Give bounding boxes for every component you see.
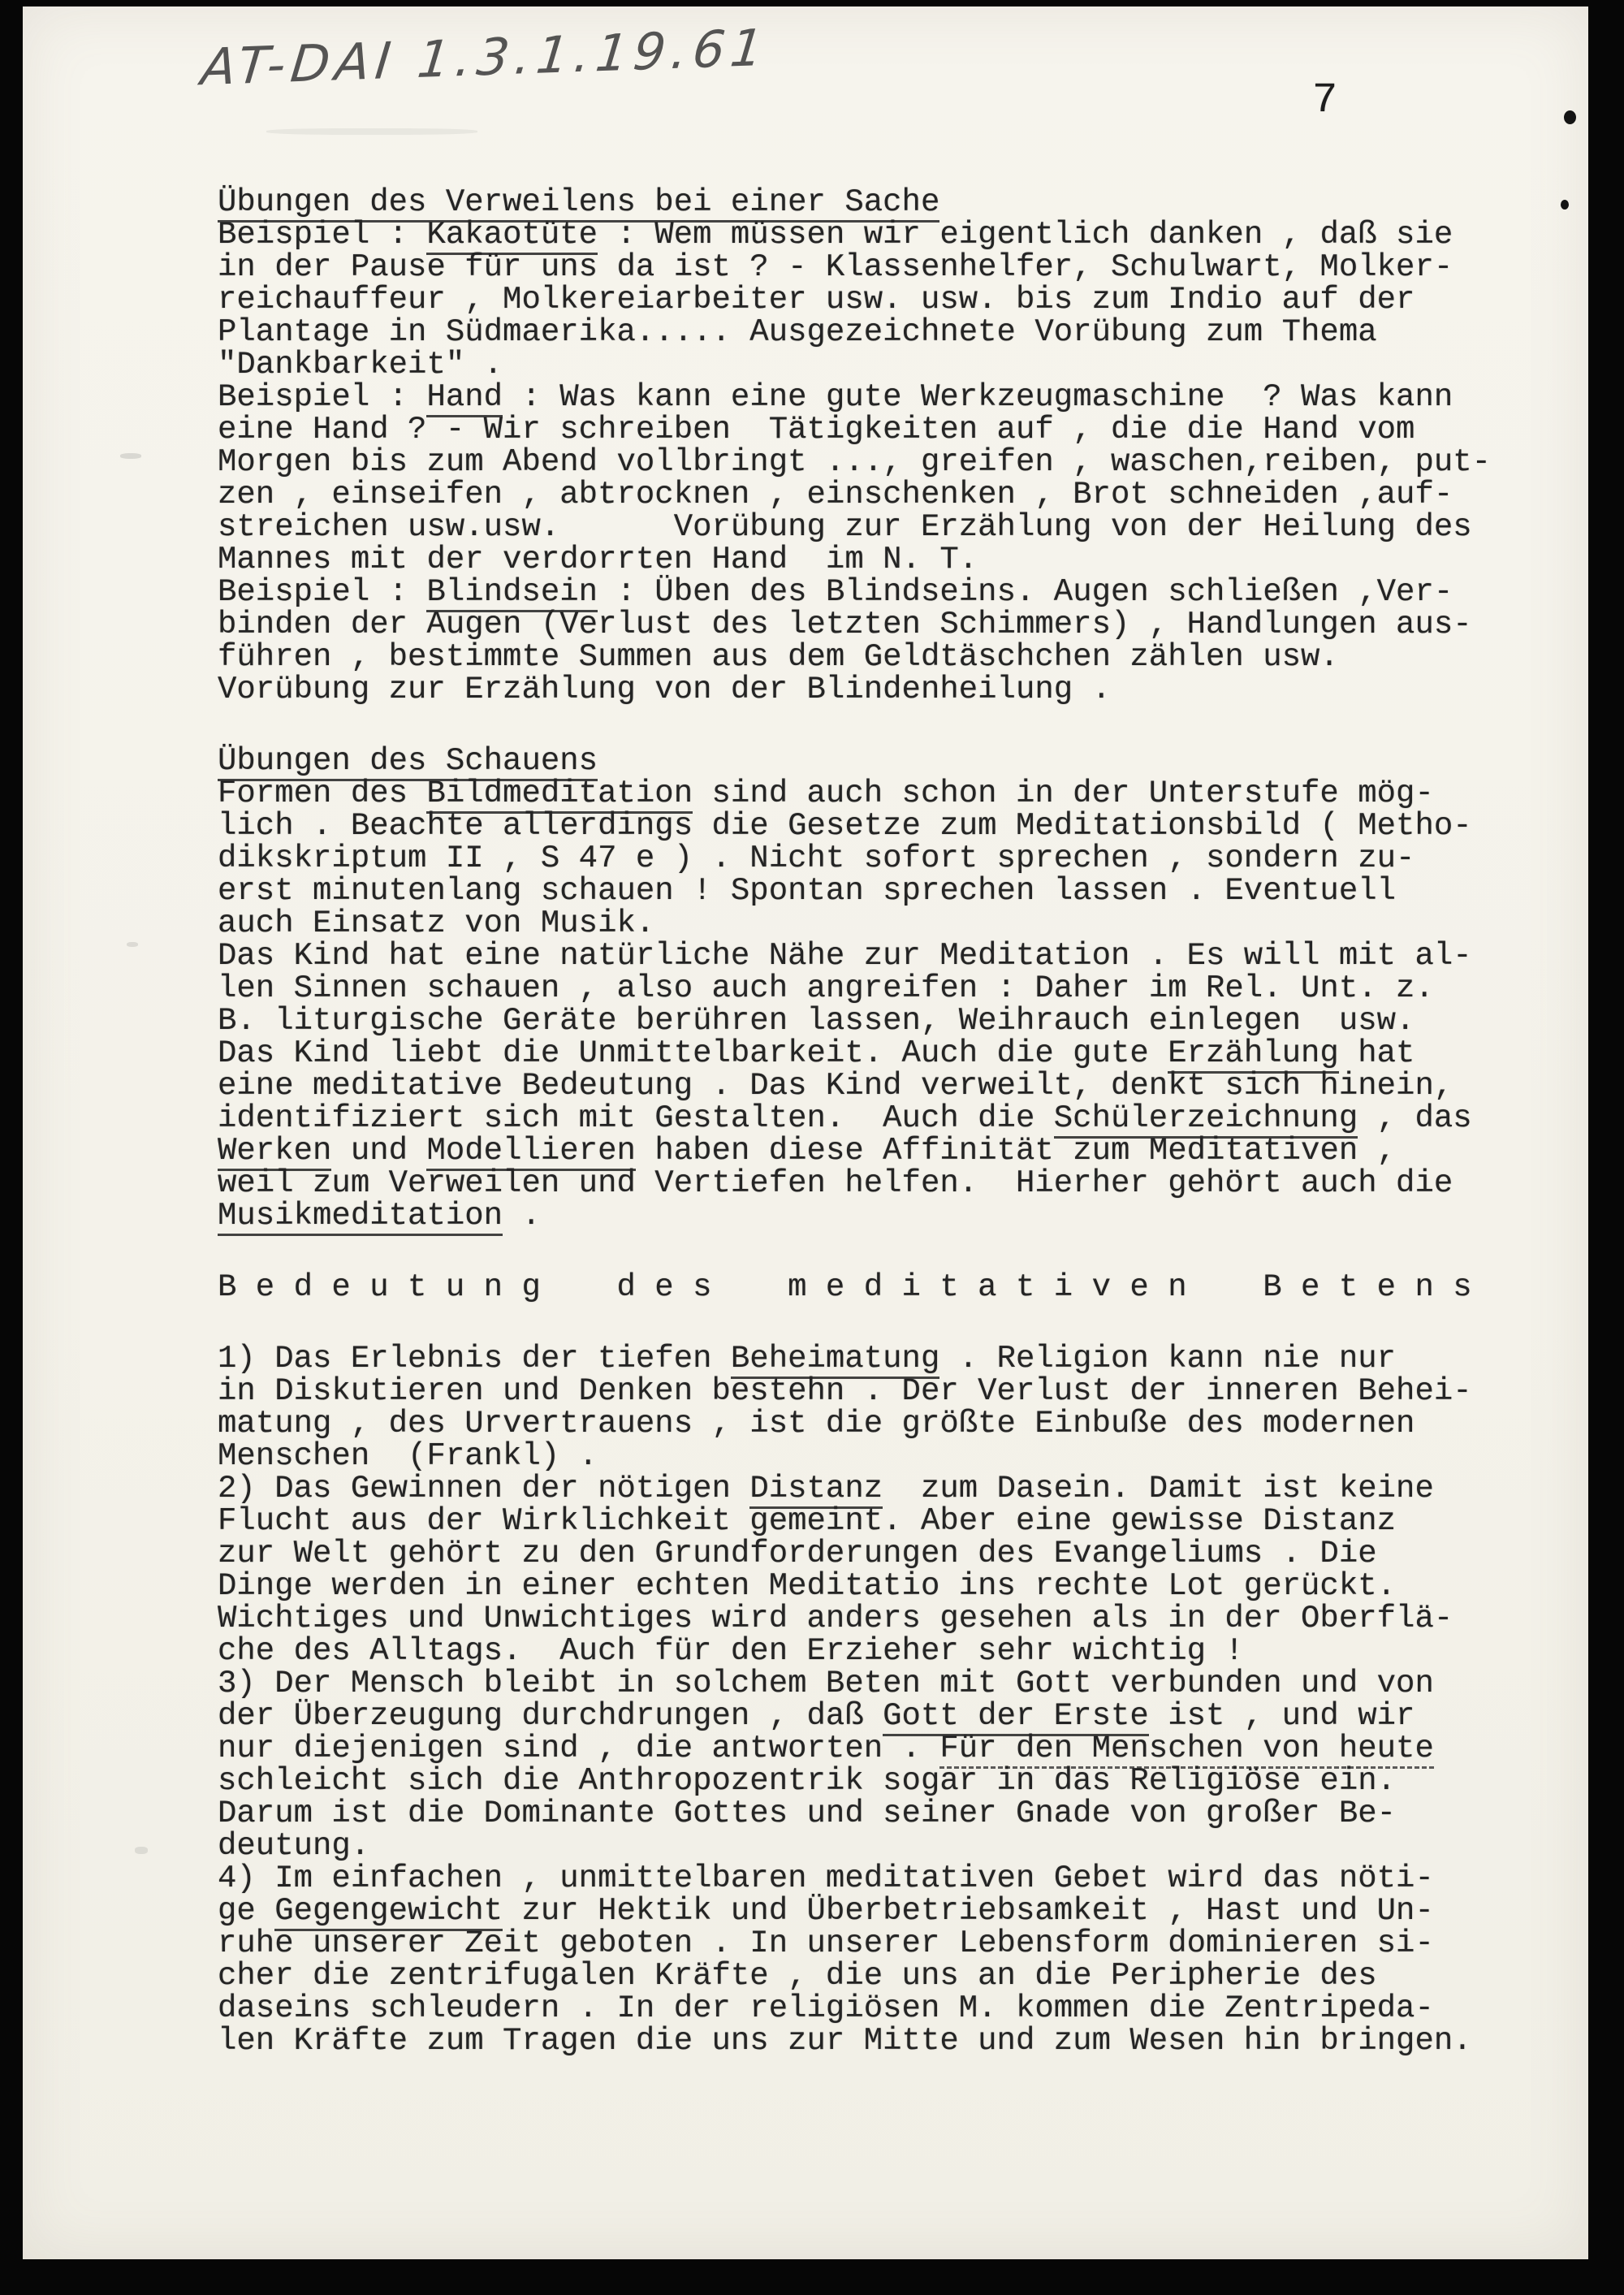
text-line: B. liturgische Geräte berühren lassen, W… (218, 1005, 1566, 1037)
scan-noise (120, 453, 141, 459)
text-run: len Sinnen schauen , also auch angreifen… (218, 970, 1434, 1006)
text-run: Darum ist die Dominante Gottes und seine… (218, 1796, 1396, 1831)
text-line: Darum ist die Dominante Gottes und seine… (218, 1797, 1566, 1830)
document-body: Übungen des Verweilens bei einer SacheBe… (218, 186, 1566, 2057)
text-run: zen , einseifen , abtrocknen , einschenk… (218, 477, 1453, 512)
text-run: cher die zentrifugalen Kräfte , die uns … (218, 1958, 1377, 1994)
text-line: 1) Das Erlebnis der tiefen Beheimatung .… (218, 1342, 1566, 1375)
blank-line (218, 1232, 1566, 1271)
text-line: auch Einsatz von Musik. (218, 907, 1566, 940)
text-run: auch Einsatz von Musik. (218, 905, 654, 941)
text-run: Das Kind liebt die Unmittelbarkeit. Auch… (218, 1035, 1168, 1071)
scan-noise (135, 1847, 148, 1854)
text-run: Das Kind hat eine natürliche Nähe zur Me… (218, 938, 1472, 974)
text-line: ruhe unserer Zeit geboten . In unserer L… (218, 1927, 1566, 1960)
text-line: daseins schleudern . In der religiösen M… (218, 1992, 1566, 2025)
text-line: 2) Das Gewinnen der nötigen Distanz zum … (218, 1472, 1566, 1505)
text-line: Das Kind hat eine natürliche Nähe zur Me… (218, 940, 1566, 972)
scanned-page: AT-DAI 1.3.1.19.61 7 Übungen des Verweil… (23, 6, 1588, 2259)
section-heading: B e d e u t u n g d e s m e d i t a t i … (218, 1271, 1566, 1303)
text-line: "Dankbarkeit" . (218, 348, 1566, 381)
text-line: Formen des Bildmeditation sind auch scho… (218, 777, 1566, 810)
ink-speck (1564, 110, 1576, 124)
text-run: streichen usw.usw. Vorübung zur Erzählun… (218, 509, 1472, 545)
text-run: sind auch schon in der Unterstufe mög- (693, 776, 1434, 811)
text-run: führen , bestimmte Summen aus dem Geldtä… (218, 639, 1339, 675)
text-line: nur diejenigen sind , die antworten . Fü… (218, 1732, 1566, 1765)
text-run: in Diskutieren und Denken bestehn . Der … (218, 1373, 1472, 1409)
text-line: reichauffeur , Molkereiarbeiter usw. usw… (218, 283, 1566, 316)
text-line: zen , einseifen , abtrocknen , einschenk… (218, 478, 1566, 511)
text-line: binden der Augen (Verlust des letzten Sc… (218, 608, 1566, 641)
text-line: Menschen (Frankl) . (218, 1440, 1566, 1472)
blank-line (218, 706, 1566, 745)
text-line: Beispiel : Hand : Was kann eine gute Wer… (218, 381, 1566, 413)
text-run: und (331, 1133, 426, 1169)
text-run: identifiziert sich mit Gestalten. Auch d… (218, 1100, 1054, 1136)
text-run: ist , und wir (1149, 1698, 1415, 1734)
text-run: Flucht aus der Wirklichkeit gemeint. Abe… (218, 1503, 1396, 1539)
text-run: Dinge werden in einer echten Meditatio i… (218, 1568, 1396, 1604)
text-run: len Kräfte zum Tragen die uns zur Mitte … (218, 2023, 1472, 2059)
scan-noise (266, 128, 477, 135)
text-line: in der Pause für uns da ist ? - Klassenh… (218, 251, 1566, 283)
text-run: Menschen (Frankl) . (218, 1438, 598, 1474)
text-run: : Üben des Blindseins. Augen schließen ,… (598, 574, 1453, 610)
text-line: eine meditative Bedeutung . Das Kind ver… (218, 1070, 1566, 1102)
text-line: Dinge werden in einer echten Meditatio i… (218, 1570, 1566, 1602)
text-run: Vorübung zur Erzählung von der Blindenhe… (218, 672, 1111, 707)
text-line: 3) Der Mensch bleibt in solchem Beten mi… (218, 1667, 1566, 1700)
text-line: len Kräfte zum Tragen die uns zur Mitte … (218, 2025, 1566, 2057)
text-line: cher die zentrifugalen Kräfte , die uns … (218, 1960, 1566, 1992)
ink-speck (1561, 200, 1569, 210)
text-run: 3) Der Mensch bleibt in solchem Beten mi… (218, 1666, 1434, 1701)
text-run: Morgen bis zum Abend vollbringt ..., gre… (218, 444, 1491, 480)
text-run: Plantage in Südmaerika..... Ausgezeichne… (218, 314, 1377, 350)
text-run: Beispiel : (218, 217, 426, 253)
text-run: 2) Das Gewinnen der nötigen (218, 1471, 749, 1506)
text-line: Wichtiges und Unwichtiges wird anders ge… (218, 1602, 1566, 1635)
text-run: zum Dasein. Damit ist keine (883, 1471, 1434, 1506)
blank-line (218, 1303, 1566, 1342)
text-run: ruhe unserer Zeit geboten . In unserer L… (218, 1925, 1434, 1961)
text-line: Musikmeditation . (218, 1199, 1566, 1232)
text-run: : Wem müssen wir eigentlich danken , daß… (598, 217, 1453, 253)
text-line: matung , des Urvertrauens , ist die größ… (218, 1407, 1566, 1440)
text-line: che des Alltags. Auch für den Erzieher s… (218, 1635, 1566, 1667)
text-line: der Überzeugung durchdrungen , daß Gott … (218, 1700, 1566, 1732)
text-run: eine Hand ? - Wir schreiben Tätigkeiten … (218, 412, 1415, 447)
text-run: schleicht sich die Anthropozentrik sogar… (218, 1763, 1396, 1799)
text-line: eine Hand ? - Wir schreiben Tätigkeiten … (218, 413, 1566, 446)
text-line: Morgen bis zum Abend vollbringt ..., gre… (218, 446, 1566, 478)
text-run: B e d e u t u n g d e s m e d i t a t i … (218, 1269, 1472, 1305)
text-run: haben diese Affinität zum Meditativen , (636, 1133, 1396, 1169)
text-run: 1) Das Erlebnis der tiefen (218, 1341, 731, 1377)
text-line: streichen usw.usw. Vorübung zur Erzählun… (218, 511, 1566, 543)
text-line: Flucht aus der Wirklichkeit gemeint. Abe… (218, 1505, 1566, 1537)
text-line: ge Gegengewicht zur Hektik und Überbetri… (218, 1895, 1566, 1927)
text-run: reichauffeur , Molkereiarbeiter usw. usw… (218, 282, 1415, 318)
text-run: , das (1358, 1100, 1471, 1136)
text-line: Beispiel : Kakaotüte : Wem müssen wir ei… (218, 218, 1566, 251)
text-line: in Diskutieren und Denken bestehn . Der … (218, 1375, 1566, 1407)
text-line: Das Kind liebt die Unmittelbarkeit. Auch… (218, 1037, 1566, 1070)
text-run: binden der Augen (Verlust des letzten Sc… (218, 607, 1472, 642)
text-run: Wichtiges und Unwichtiges wird anders ge… (218, 1601, 1453, 1636)
text-line: weil zum Verweilen und Vertiefen helfen.… (218, 1167, 1566, 1199)
text-run: eine meditative Bedeutung . Das Kind ver… (218, 1068, 1453, 1104)
text-run: zur Welt gehört zu den Grundforderungen … (218, 1536, 1377, 1571)
text-line: Mannes mit der verdorrten Hand im N. T. (218, 543, 1566, 576)
text-line: Plantage in Südmaerika..... Ausgezeichne… (218, 316, 1566, 348)
text-run: weil zum Verweilen und Vertiefen helfen.… (218, 1165, 1453, 1201)
text-run: Formen des (218, 776, 426, 811)
underlined-text: Musikmeditation (218, 1198, 503, 1236)
text-run: Beispiel : (218, 574, 426, 610)
text-run: der Überzeugung durchdrungen , daß (218, 1698, 883, 1734)
text-run: deutung. (218, 1828, 369, 1864)
text-run: dikskriptum II , S 47 e ) . Nicht sofort… (218, 841, 1415, 876)
text-run: che des Alltags. Auch für den Erzieher s… (218, 1633, 1244, 1669)
text-run: 4) Im einfachen , unmittelbaren meditati… (218, 1861, 1434, 1896)
section-heading: Übungen des Schauens (218, 745, 1566, 777)
text-run: daseins schleudern . In der religiösen M… (218, 1990, 1434, 2026)
scan-noise (127, 942, 138, 947)
text-run: . (503, 1198, 541, 1234)
text-run: lich . Beachte allerdings die Gesetze zu… (218, 808, 1472, 844)
text-line: dikskriptum II , S 47 e ) . Nicht sofort… (218, 842, 1566, 875)
text-line: Beispiel : Blindsein : Üben des Blindsei… (218, 576, 1566, 608)
text-line: zur Welt gehört zu den Grundforderungen … (218, 1537, 1566, 1570)
text-run: B. liturgische Geräte berühren lassen, W… (218, 1003, 1415, 1039)
page-number: 7 (1312, 78, 1337, 123)
text-line: len Sinnen schauen , also auch angreifen… (218, 972, 1566, 1005)
text-line: Vorübung zur Erzählung von der Blindenhe… (218, 673, 1566, 706)
text-run: Mannes mit der verdorrten Hand im N. T. (218, 542, 978, 577)
text-line: deutung. (218, 1830, 1566, 1862)
handwritten-annotation: AT-DAI 1.3.1.19.61 (198, 18, 771, 97)
text-run: erst minutenlang schauen ! Spontan sprec… (218, 873, 1396, 909)
text-run: in der Pause für uns da ist ? - Klassenh… (218, 249, 1453, 285)
text-run: ge (218, 1893, 274, 1929)
text-run: Beispiel : (218, 379, 426, 415)
text-line: 4) Im einfachen , unmittelbaren meditati… (218, 1862, 1566, 1895)
text-run: zur Hektik und Überbetriebsamkeit , Hast… (503, 1893, 1434, 1929)
text-line: Werken und Modellieren haben diese Affin… (218, 1135, 1566, 1167)
text-line: führen , bestimmte Summen aus dem Geldtä… (218, 641, 1566, 673)
text-line: schleicht sich die Anthropozentrik sogar… (218, 1765, 1566, 1797)
text-line: erst minutenlang schauen ! Spontan sprec… (218, 875, 1566, 907)
text-line: identifiziert sich mit Gestalten. Auch d… (218, 1102, 1566, 1135)
section-heading: Übungen des Verweilens bei einer Sache (218, 186, 1566, 218)
text-run: hat (1339, 1035, 1415, 1071)
text-run: : Was kann eine gute Werkzeugmaschine ? … (503, 379, 1453, 415)
text-run: "Dankbarkeit" . (218, 347, 503, 382)
text-line: lich . Beachte allerdings die Gesetze zu… (218, 810, 1566, 842)
text-run: nur diejenigen sind , die antworten . (218, 1731, 939, 1766)
text-run: . Religion kann nie nur (939, 1341, 1396, 1377)
text-run: matung , des Urvertrauens , ist die größ… (218, 1406, 1415, 1441)
